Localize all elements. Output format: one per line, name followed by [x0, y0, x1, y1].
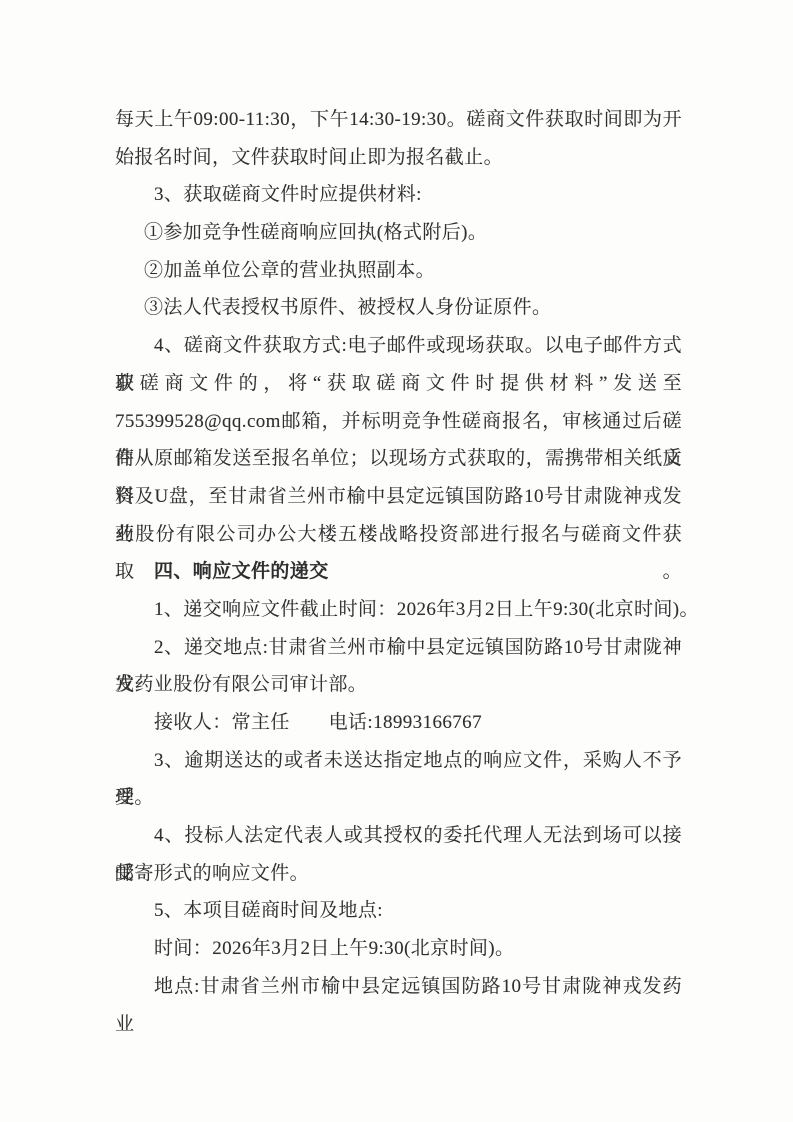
document-line: 时间：2026年3月2日上午9:30(北京时间)。	[115, 930, 682, 968]
document-line: 邮寄形式的响应文件。	[115, 855, 682, 893]
document-line: 5、本项目磋商时间及地点:	[115, 892, 682, 930]
document-line: 每天上午09:00-11:30，下午14:30-19:30。磋商文件获取时间即为…	[115, 101, 682, 139]
document-line: ③法人代表授权书原件、被授权人身份证原件。	[115, 289, 682, 327]
document-line: 理。	[115, 779, 682, 817]
document-line: 件从原邮箱发送至报名单位；以现场方式获取的，需携带相关纸质资	[115, 440, 682, 478]
document-line: 取磋商文件的，将“获取磋商文件时提供材料”发送至	[115, 365, 682, 403]
document-line: 3、获取磋商文件时应提供材料:	[115, 176, 682, 214]
document-line: ②加盖单位公章的营业执照副本。	[115, 252, 682, 290]
document-line: 4、投标人法定代表人或其授权的委托代理人无法到场可以接受	[115, 817, 682, 855]
scanned-document-page: 每天上午09:00-11:30，下午14:30-19:30。磋商文件获取时间即为…	[0, 0, 793, 1122]
document-line: 发药业股份有限公司审计部。	[115, 666, 682, 704]
document-line: 755399528@qq.com邮箱，并标明竞争性磋商报名，审核通过后磋商文	[115, 403, 682, 441]
document-line: 业股份有限公司办公大楼五楼战略投资部进行报名与磋商文件获取。	[115, 516, 682, 554]
document-line: 2、递交地点:甘肃省兰州市榆中县定远镇国防路10号甘肃陇神戎	[115, 629, 682, 667]
document-line: 1、递交响应文件截止时间：2026年3月2日上午9:30(北京时间)。	[115, 591, 682, 629]
document-line: 3、逾期送达的或者未送达指定地点的响应文件，采购人不予受	[115, 742, 682, 780]
document-line: 地点:甘肃省兰州市榆中县定远镇国防路10号甘肃陇神戎发药业	[115, 968, 682, 1006]
document-text-block: 每天上午09:00-11:30，下午14:30-19:30。磋商文件获取时间即为…	[115, 101, 682, 1006]
document-line: ①参加竞争性磋商响应回执(格式附后)。	[115, 214, 682, 252]
document-line: 料及U盘，至甘肃省兰州市榆中县定远镇国防路10号甘肃陇神戎发药	[115, 478, 682, 516]
document-line: 接收人：常主任 电话:18993166767	[115, 704, 682, 742]
document-line: 始报名时间，文件获取时间止即为报名截止。	[115, 139, 682, 177]
document-line: 4、磋商文件获取方式:电子邮件或现场获取。以电子邮件方式获	[115, 327, 682, 365]
